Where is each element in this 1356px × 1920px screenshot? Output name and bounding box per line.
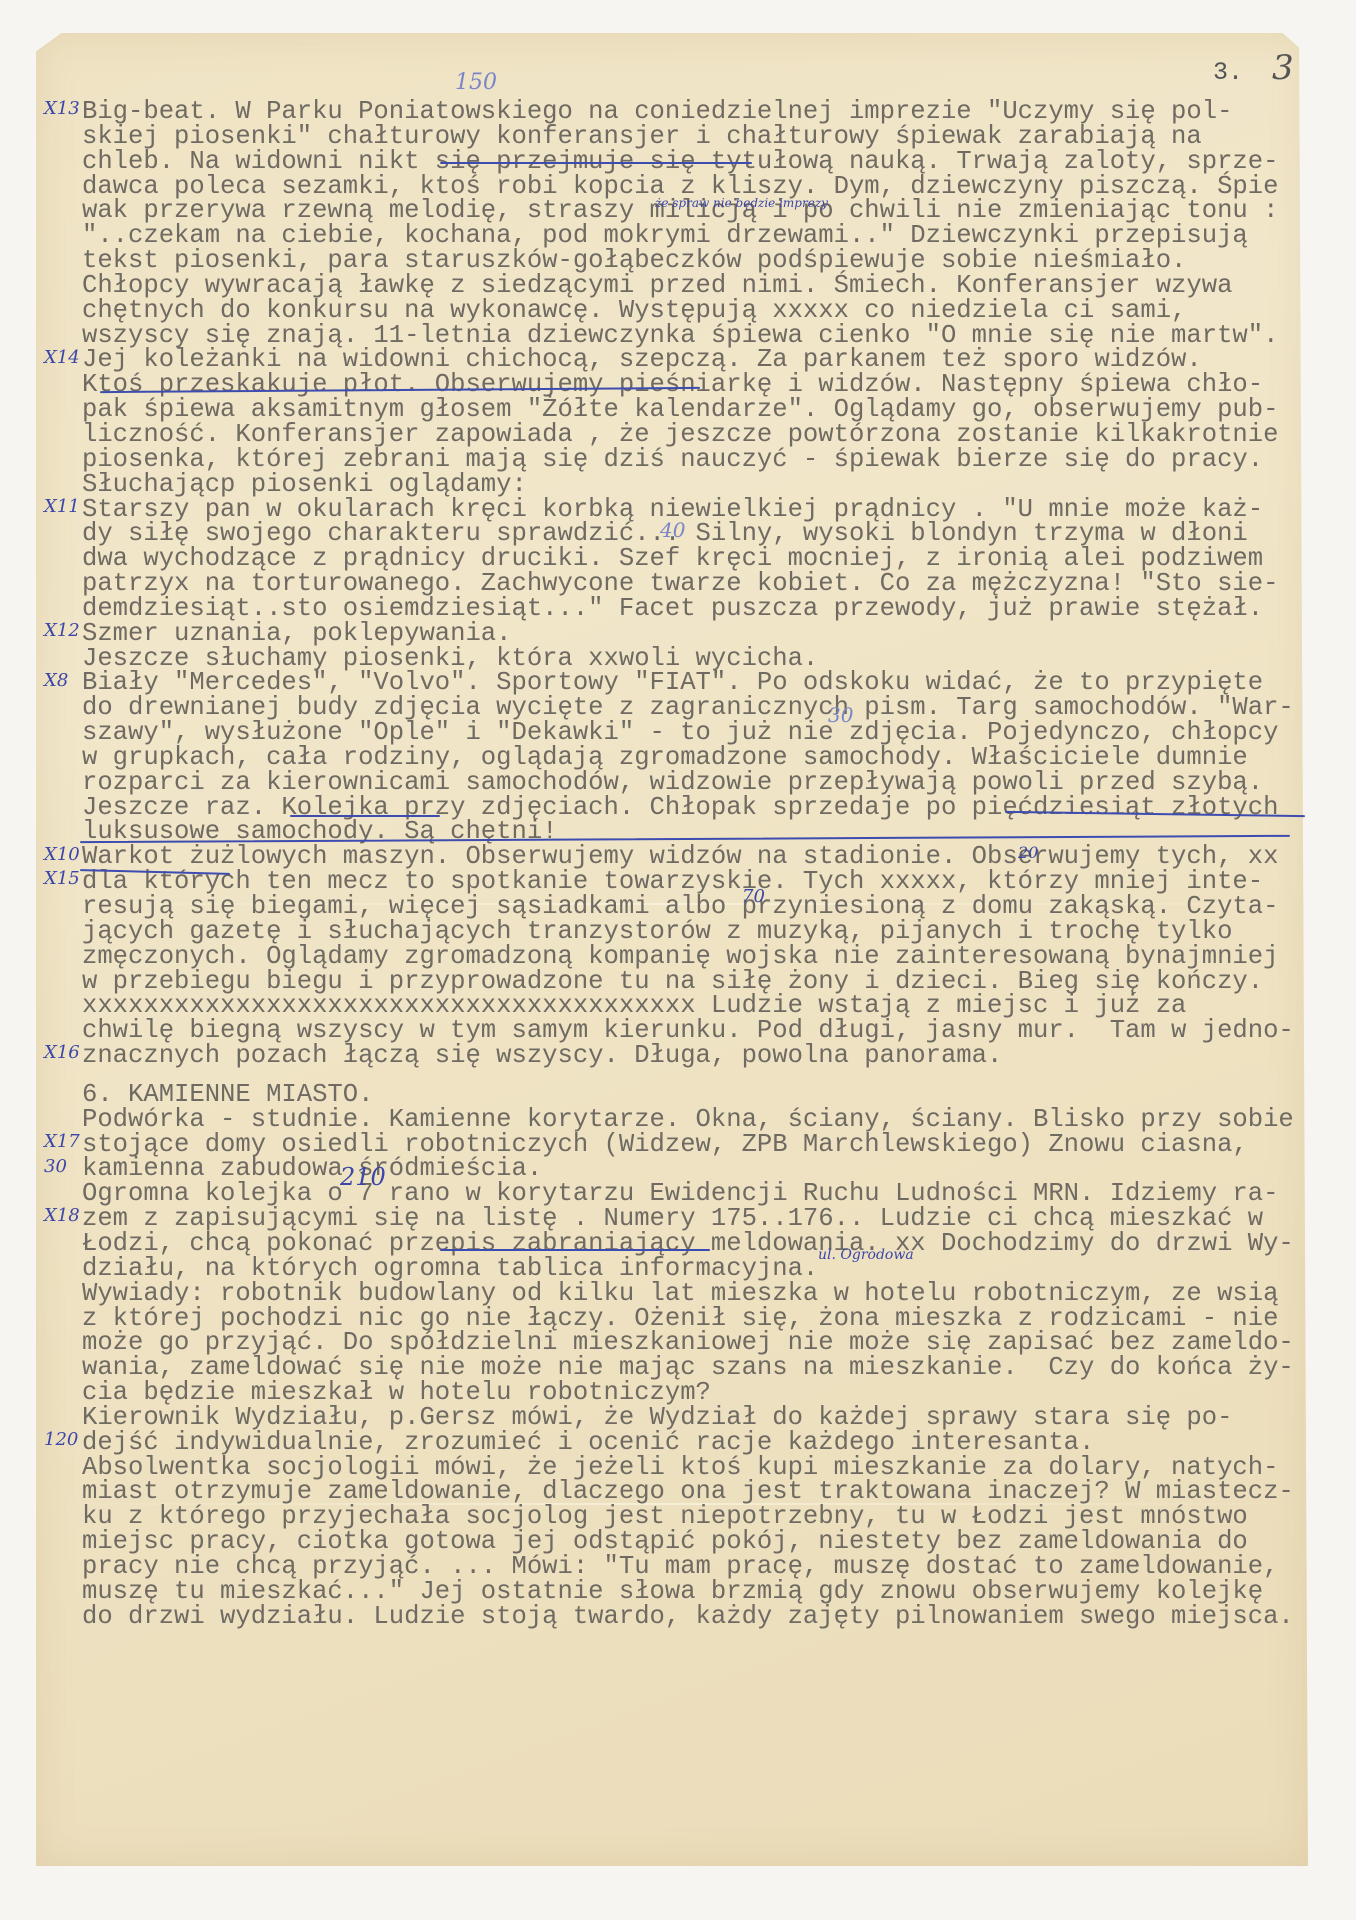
text-line: muszę tu mieszkać..." Jej ostatnie słowa… (82, 1580, 1294, 1605)
text-line: do drzwi wydziału. Ludzie stoją twardo, … (82, 1605, 1294, 1630)
note-70: 70 (742, 886, 765, 907)
note-40: 40 (660, 518, 685, 542)
text-line: Słuchającp piosenki oglądamy: (82, 473, 1294, 498)
strikethrough (440, 1249, 710, 1251)
handwritten-page-number: 3 (1272, 48, 1294, 88)
text-line: chętnych do konkursu na wykonawcę. Wystę… (82, 299, 1294, 324)
typewritten-body: Big-beat. W Parku Poniatowskiego na coni… (82, 100, 1294, 1629)
strikethrough (440, 162, 752, 164)
strikethrough (290, 815, 440, 817)
text-line: demdziesiąt..sto osiemdziesiąt..." Facet… (82, 597, 1294, 622)
margin-mark: X15 (44, 868, 80, 889)
note-ul-ogrodowa: ul. Ogrodowa (818, 1247, 914, 1263)
margin-mark: X16 (44, 1042, 80, 1063)
text-line: dejść indywidualnie, zrozumieć i ocenić … (82, 1431, 1294, 1456)
margin-mark: 120 (44, 1429, 78, 1450)
text-line: piosenka, której zebrani mają się dziś n… (82, 448, 1294, 473)
margin-mark: X12 (44, 620, 80, 641)
text-line: jących gazetę i słuchających tranzystoró… (82, 920, 1294, 945)
margin-mark: X10 (44, 844, 80, 865)
note-30: 30 (828, 703, 853, 727)
margin-mark: X18 (44, 1205, 80, 1226)
text-line: Szmer uznania, poklepywania. (82, 622, 1294, 647)
note-above-line-5: że spraw nie będzie imprezy (655, 196, 828, 210)
margin-mark: X8 (44, 670, 68, 691)
margin-mark: X17 (44, 1131, 80, 1152)
note-210: 210 (340, 1163, 386, 1191)
note-150: 150 (455, 70, 497, 95)
margin-mark: X14 (44, 347, 80, 368)
margin-mark: 30 (44, 1156, 67, 1177)
text-line: zmęczonych. Oglądamy zgromadzoną kompani… (82, 945, 1294, 970)
text-line: znacznych pozach łączą się wszyscy. Dług… (82, 1044, 1294, 1069)
text-line: Wywiady: robotnik budowlany od kilku lat… (82, 1282, 1294, 1307)
text-line: Kierownik Wydziału, p.Gersz mówi, że Wyd… (82, 1406, 1294, 1431)
text-line: działu, na których ogromna tablica infor… (82, 1257, 1294, 1282)
page-number: 3. 3 (1213, 48, 1294, 88)
text-line: skiej piosenki" chałturowy konferansjer … (82, 125, 1294, 150)
note-20: 20 (1018, 843, 1038, 862)
margin-mark: X13 (44, 98, 80, 119)
text-line: rozparci za kierownicami samochodów, wid… (82, 771, 1294, 796)
margin-mark: X11 (44, 496, 80, 517)
text-line: Podwórka - studnie. Kamienne korytarze. … (82, 1108, 1294, 1133)
